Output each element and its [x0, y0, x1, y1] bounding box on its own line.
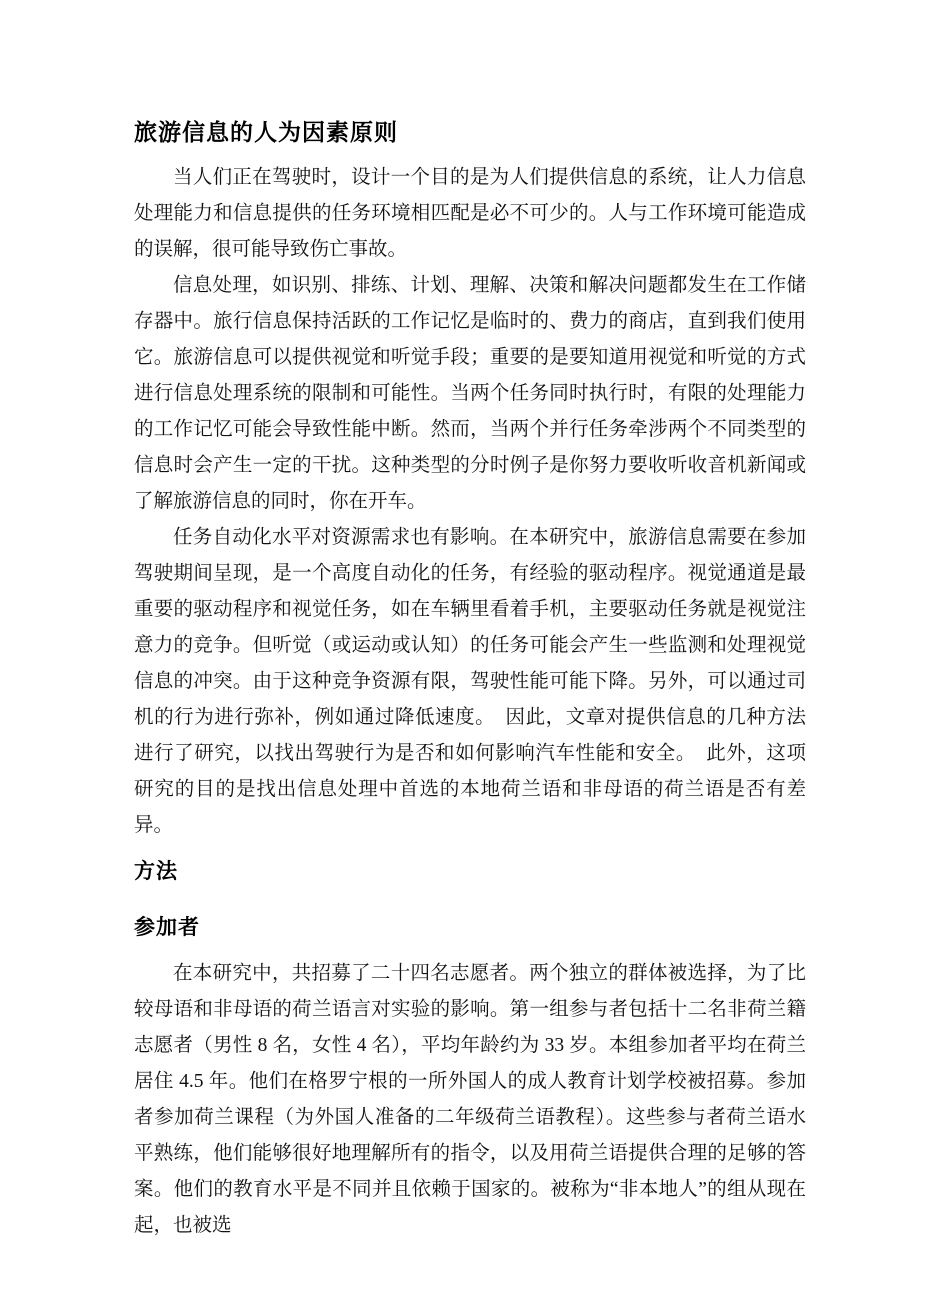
paragraph-information-processing: 信息处理，如识别、排练、计划、理解、决策和解决问题都发生在工作储存器中。旅行信息…	[134, 268, 806, 520]
document-title: 旅游信息的人为因素原则	[134, 116, 806, 148]
paragraph-task-automation: 任务自动化水平对资源需求也有影响。在本研究中，旅游信息需要在参加驾驶期间呈现，是…	[134, 520, 806, 844]
document-page: 旅游信息的人为因素原则 当人们正在驾驶时，设计一个目的是为人们提供信息的系统，让…	[0, 0, 926, 1309]
paragraph-participants: 在本研究中，共招募了二十四名志愿者。两个独立的群体被选择，为了比较母语和非母语的…	[134, 956, 806, 1244]
section-heading-method: 方法	[134, 858, 806, 886]
paragraph-intro: 当人们正在驾驶时，设计一个目的是为人们提供信息的系统，让人力信息处理能力和信息提…	[134, 160, 806, 268]
section-heading-participants: 参加者	[134, 914, 806, 942]
